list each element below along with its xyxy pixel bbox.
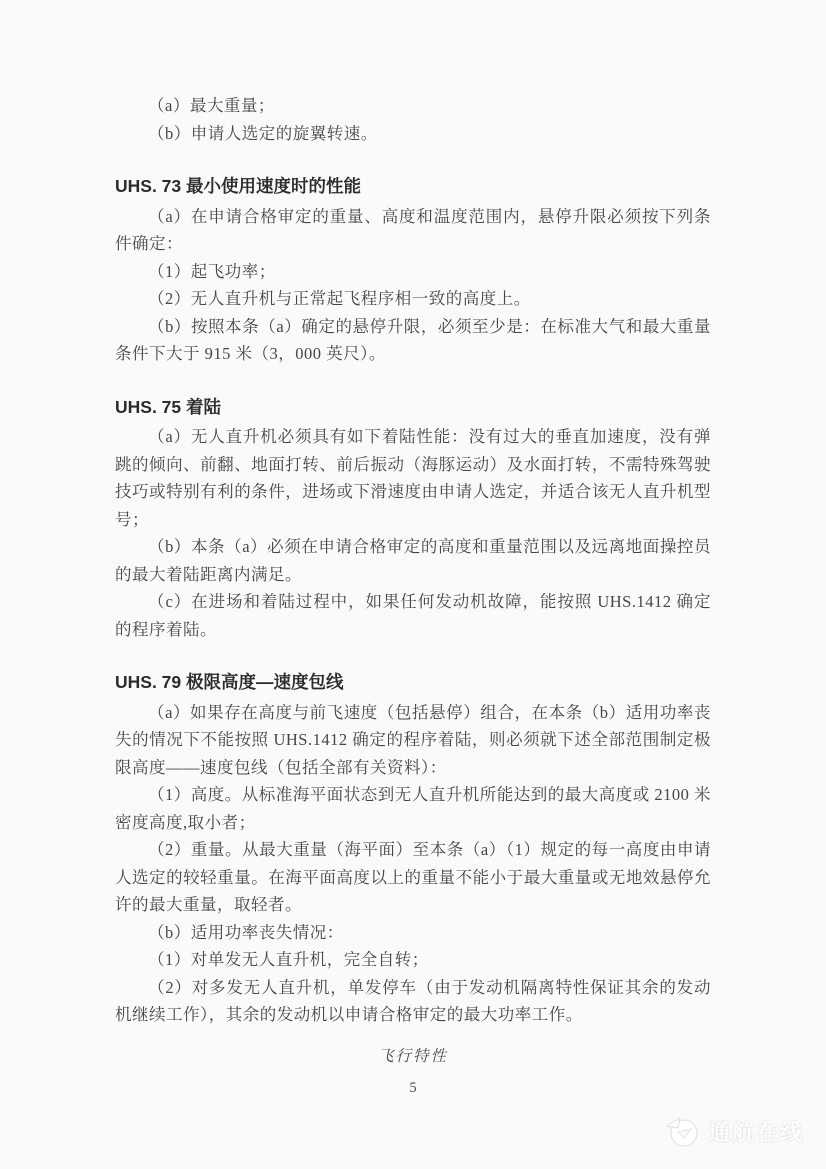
paragraph: （a）无人直升机必须具有如下着陆性能：没有过大的垂直加速度，没有弹跳的倾向、前翻…: [115, 423, 711, 533]
paragraph: （2）重量。从最大重量（海平面）至本条（a）（1）规定的每一高度由申请人选定的较…: [115, 836, 711, 919]
paragraph: （a）在申请合格审定的重量、高度和温度范围内，悬停升限必须按下列条件确定：: [115, 203, 711, 258]
paragraph: （1）对单发无人直升机，完全自转；: [115, 946, 711, 974]
paragraph: （a）最大重量；: [115, 92, 711, 120]
section-heading-uhs-73: UHS. 73 最小使用速度时的性能: [115, 173, 711, 201]
watermark-label: 通航在线: [708, 1116, 804, 1147]
document-body: （a）最大重量； （b）申请人选定的旋翼转速。 UHS. 73 最小使用速度时的…: [115, 92, 711, 1029]
section-heading-uhs-79: UHS. 79 极限高度—速度包线: [115, 669, 711, 697]
paragraph: （b）申请人选定的旋翼转速。: [115, 120, 711, 148]
paragraph: （a）如果存在高度与前飞速度（包括悬停）组合，在本条（b）适用功率丧失的情况下不…: [115, 699, 711, 782]
tonghang-logo-icon: [664, 1114, 700, 1148]
paragraph: （2）对多发无人直升机，单发停车（由于发动机隔离特性保证其余的发动机继续工作），…: [115, 974, 711, 1029]
page-number: 5: [0, 1080, 826, 1097]
paragraph: （2）无人直升机与正常起飞程序相一致的高度上。: [115, 285, 711, 313]
paragraph: （b）适用功率丧失情况：: [115, 919, 711, 947]
paragraph: （b）本条（a）必须在申请合格审定的高度和重量范围以及远离地面操控员的最大着陆距…: [115, 533, 711, 588]
document-page: （a）最大重量； （b）申请人选定的旋翼转速。 UHS. 73 最小使用速度时的…: [0, 0, 826, 1169]
watermark: 通航在线: [664, 1114, 804, 1148]
footer-section-label: 飞行特性: [0, 1044, 826, 1066]
paragraph: （b）按照本条（a）确定的悬停升限，必须至少是：在标准大气和最大重量条件下大于 …: [115, 313, 711, 368]
paragraph: （c）在进场和着陆过程中，如果任何发动机故障，能按照 UHS.1412 确定的程…: [115, 588, 711, 643]
paragraph: （1）起飞功率；: [115, 258, 711, 286]
section-heading-uhs-75: UHS. 75 着陆: [115, 394, 711, 422]
paragraph: （1）高度。从标准海平面状态到无人直升机所能达到的最大高度或 2100 米密度高…: [115, 781, 711, 836]
